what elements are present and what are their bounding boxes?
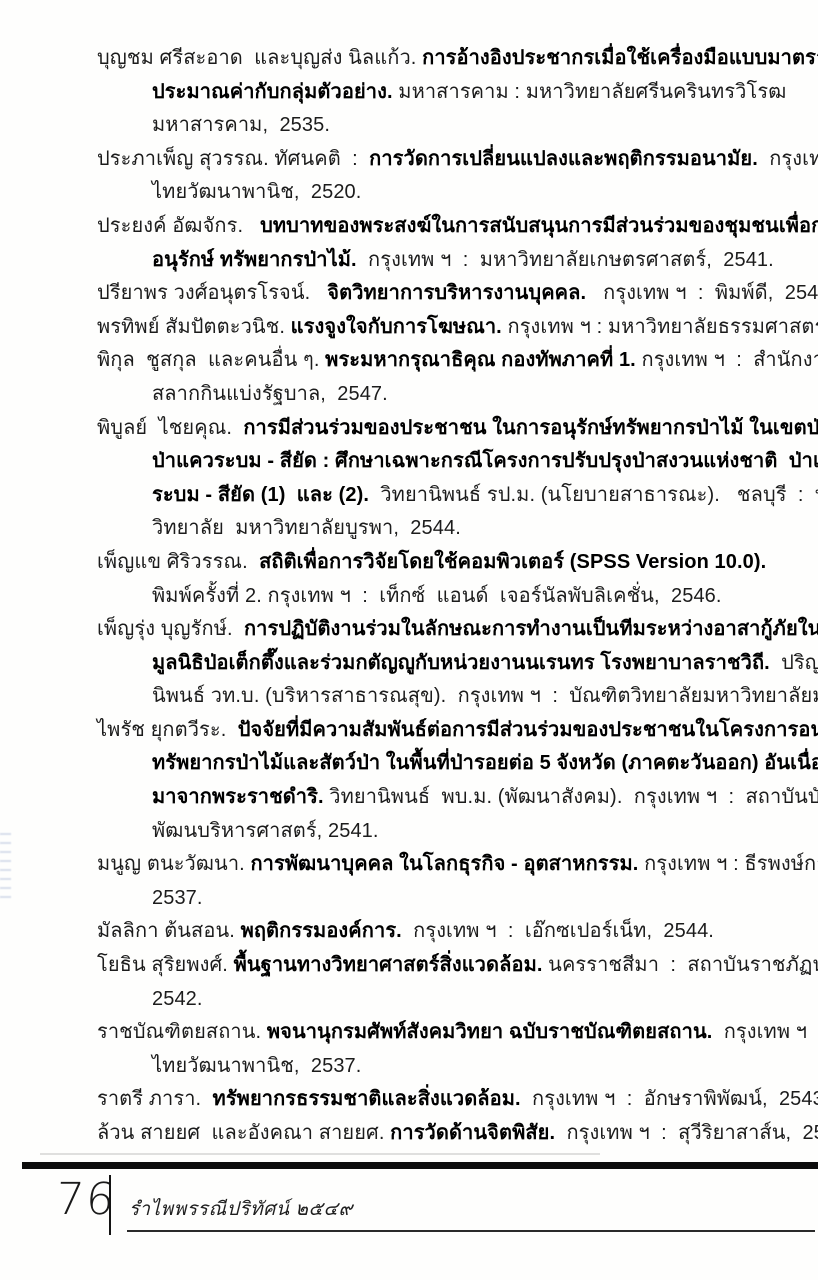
bib-title-text: ปัจจัยที่มีความสัมพันธ์ต่อการมีส่วนร่วมข… [238,719,818,741]
bib-title-text: บทบาทของพระสงฆ์ในการสนับสนุนการมีส่วนร่ว… [260,215,818,237]
bib-line: พิบูลย์ ไชยคุณ. การมีส่วนร่วมของประชาชน … [97,412,789,446]
bib-title-text: การวัดการเปลี่ยนแปลงและพฤติกรรมอนามัย. [369,148,769,170]
bib-plain-text: กรุงเทพ ฯ : ธีรพงษ์การพิมพ์, [644,853,818,875]
bib-line: ไทยวัฒนาพานิช, 2520. [97,176,789,210]
bib-plain-text: นครราชสีมา : สถาบันราชภัฏนครราชสีมา, [548,954,818,976]
bib-plain-text: กรุงเทพ ฯ : อักษราพิพัฒน์, 2543. [532,1088,818,1110]
bib-entry: ล้วน สายยศ และอังคณา สายยศ. การวัดด้านจิ… [97,1117,789,1151]
bib-line: สลากกินแบ่งรัฐบาล, 2547. [97,378,789,412]
bib-entry: มนูญ ตนะวัฒนา. การพัฒนาบุคคล ในโลกธุรกิจ… [97,848,789,915]
bib-title-text: ทรัพยากรป่าไม้และสัตว์ป่า ในพื้นที่ป่ารอ… [152,752,818,774]
bib-line: พิกุล ชูสกุล และคนอื่น ๆ. พระมหากรุณาธิค… [97,344,789,378]
bib-entry: พิบูลย์ ไชยคุณ. การมีส่วนร่วมของประชาชน … [97,412,789,546]
bib-plain-text: ไพรัช ยุกตวีระ. [97,719,238,741]
bib-line: ประมาณค่ากับกลุ่มตัวอย่าง. มหาสารคาม : ม… [97,76,789,110]
bib-line: พรทิพย์ สัมปัตตะวนิช. แรงจูงใจกับการโฆษณ… [97,311,789,345]
bib-plain-text: ประภาเพ็ญ สุวรรณ. ทัศนคติ : [97,148,369,170]
bib-title-text: การวัดด้านจิตพิสัย. [390,1122,566,1144]
bib-line: ประภาเพ็ญ สุวรรณ. ทัศนคติ : การวัดการเปล… [97,143,789,177]
bib-title-text: พื้นฐานทางวิทยาศาสตร์สิ่งแวดล้อม. [234,954,549,976]
bib-entry: พรทิพย์ สัมปัตตะวนิช. แรงจูงใจกับการโฆษณ… [97,311,789,345]
bib-entry: พิกุล ชูสกุล และคนอื่น ๆ. พระมหากรุณาธิค… [97,344,789,411]
bib-plain-text: กรุงเทพ ฯ : สำนักงาน [642,349,818,371]
bib-line: พัฒนบริหารศาสตร์, 2541. [97,815,789,849]
bib-plain-text: พรทิพย์ สัมปัตตะวนิช. [97,316,291,338]
bib-plain-text: บุญชม ศรีสะอาด และบุญส่ง นิลแก้ว. [97,47,422,69]
bib-entry: ประยงค์ อัฒจักร. บทบาทของพระสงฆ์ในการสนั… [97,210,789,277]
bib-plain-text: วิทยานิพนธ์ พบ.ม. (พัฒนาสังคม). กรุงเทพ … [329,786,818,808]
scan-shadow-line [40,1153,600,1155]
bib-line: มูลนิธิป่อเต็กตึ๊งและร่วมกตัญญูกับหน่วยง… [97,647,789,681]
bib-title-text: สถิติเพื่อการวิจัยโดยใช้คอมพิวเตอร์ (SPS… [259,551,766,573]
bib-line: เพ็ญแข ศิริวรรณ. สถิติเพื่อการวิจัยโดยใช… [97,546,789,580]
bib-title-text: ป่าแควระบม - สียัด : ศึกษาเฉพาะกรณีโครงก… [152,450,818,472]
bib-line: โยธิน สุริยพงศ์. พื้นฐานทางวิทยาศาสตร์สิ… [97,949,789,983]
bib-plain-text: เพ็ญรุ่ง บุญรักษ์. [97,618,244,640]
bib-plain-text: ล้วน สายยศ และอังคณา สายยศ. [97,1122,390,1144]
bib-plain-text: กรุงเทพ ฯ : สุวีริยาสาส์น, 2543. [566,1122,818,1144]
scanned-bibliography-page: บุญชม ศรีสะอาด และบุญส่ง นิลแก้ว. การอ้า… [0,0,818,1280]
bib-line: อนุรักษ์ ทรัพยากรป่าไม้. กรุงเทพ ฯ : มหา… [97,244,789,278]
bib-plain-text: ราชบัณฑิตยสถาน. [97,1021,267,1043]
bib-line: ไทยวัฒนาพานิช, 2537. [97,1050,789,1084]
bib-title-text: แรงจูงใจกับการโฆษณา. [291,316,508,338]
bib-plain-text: กรุงเทพ ฯ : มหาวิทยาลัยธรรมศาสตร์, 2546. [508,316,818,338]
bib-plain-text: กรุงเทพ ฯ : เอ๊กซเปอร์เน็ท, 2544. [413,920,714,942]
bib-line: มาจากพระราชดำริ. วิทยานิพนธ์ พบ.ม. (พัฒน… [97,781,789,815]
bib-title-text: พจนานุกรมศัพท์สังคมวิทยา ฉบับราชบัณฑิตยส… [267,1021,724,1043]
bib-title-text: การปฏิบัติงานร่วมในลักษณะการทำงานเป็นทีม… [244,618,818,640]
bib-plain-text: กรุงเทพ ฯ : [724,1021,818,1043]
bib-plain-text: นิพนธ์ วท.บ. (บริหารสาธารณสุข). กรุงเทพ … [152,685,818,707]
bib-plain-text: ไทยวัฒนาพานิช, 2537. [152,1055,361,1077]
footer-thin-underline [127,1230,815,1232]
bib-line: เพ็ญรุ่ง บุญรักษ์. การปฏิบัติงานร่วมในลั… [97,613,789,647]
bib-plain-text: วิทยานิพนธ์ รป.ม. (นโยบายสาธารณะ). ชลบุร… [380,484,818,506]
bib-entry: มัลลิกา ต้นสอน. พฤติกรรมองค์การ. กรุงเทพ… [97,915,789,949]
bib-plain-text: ปรียาพร วงศ์อนุตรโรจน์. [97,282,327,304]
ink-bleed-artifact [0,833,11,899]
bib-plain-text: มัลลิกา ต้นสอน. [97,920,241,942]
bib-plain-text: สลากกินแบ่งรัฐบาล, 2547. [152,383,388,405]
bib-line: นิพนธ์ วท.บ. (บริหารสาธารณสุข). กรุงเทพ … [97,680,789,714]
bib-line: ป่าแควระบม - สียัด : ศึกษาเฉพาะกรณีโครงก… [97,445,789,479]
bib-plain-text: โยธิน สุริยพงศ์. [97,954,234,976]
journal-title: รำไพพรรณีปริทัศน์ ๒๕๔๙ [129,1197,353,1223]
bib-plain-text: ไทยวัฒนาพานิช, 2520. [152,181,361,203]
bib-entry: เพ็ญรุ่ง บุญรักษ์. การปฏิบัติงานร่วมในลั… [97,613,789,714]
bib-title-text: พฤติกรรมองค์การ. [241,920,414,942]
bib-line: ปรียาพร วงศ์อนุตรโรจน์. จิตวิทยาการบริหา… [97,277,789,311]
bib-title-text: ประมาณค่ากับกลุ่มตัวอย่าง. [152,81,398,103]
bib-plain-text: มหาสารคาม : มหาวิทยาลัยศรีนครินทรวิโรฒ [398,81,786,103]
bib-entry: ประภาเพ็ญ สุวรรณ. ทัศนคติ : การวัดการเปล… [97,143,789,210]
bib-title-text: การมีส่วนร่วมของประชาชน ในการอนุรักษ์ทรั… [243,417,818,439]
bib-line: มนูญ ตนะวัฒนา. การพัฒนาบุคคล ในโลกธุรกิจ… [97,848,789,882]
bib-plain-text: กรุงเทพ ฯ : [769,148,818,170]
bib-entry: ไพรัช ยุกตวีระ. ปัจจัยที่มีความสัมพันธ์ต… [97,714,789,848]
bib-plain-text: พัฒนบริหารศาสตร์, 2541. [152,820,379,842]
bib-title-text: การอ้างอิงประชากรเมื่อใช้เครื่องมือแบบมา… [422,47,818,69]
bib-plain-text: ประยงค์ อัฒจักร. [97,215,260,237]
bib-line: 2542. [97,983,789,1017]
bib-plain-text: พิกุล ชูสกุล และคนอื่น ๆ. [97,349,325,371]
bib-line: ทรัพยากรป่าไม้และสัตว์ป่า ในพื้นที่ป่ารอ… [97,747,789,781]
bib-entry: ปรียาพร วงศ์อนุตรโรจน์. จิตวิทยาการบริหา… [97,277,789,311]
bib-line: มหาสารคาม, 2535. [97,109,789,143]
bib-title-text: อนุรักษ์ ทรัพยากรป่าไม้. [152,249,368,271]
bib-plain-text: กรุงเทพ ฯ : พิมพ์ดี, 2544. [603,282,818,304]
bib-plain-text: 2542. [152,988,203,1010]
bib-entry: บุญชม ศรีสะอาด และบุญส่ง นิลแก้ว. การอ้า… [97,42,789,143]
footer-thick-rule [22,1162,818,1169]
bib-line: ประยงค์ อัฒจักร. บทบาทของพระสงฆ์ในการสนั… [97,210,789,244]
bib-plain-text: ปริญญา [781,652,818,674]
bib-line: ไพรัช ยุกตวีระ. ปัจจัยที่มีความสัมพันธ์ต… [97,714,789,748]
bib-line: วิทยาลัย มหาวิทยาลัยบูรพา, 2544. [97,512,789,546]
bib-title-text: ทรัพยากรธรรมชาติและสิ่งแวดล้อม. [213,1088,532,1110]
bibliography-list: บุญชม ศรีสะอาด และบุญส่ง นิลแก้ว. การอ้า… [97,42,789,1151]
bib-line: ราชบัณฑิตยสถาน. พจนานุกรมศัพท์สังคมวิทยา… [97,1016,789,1050]
bib-line: พิมพ์ครั้งที่ 2. กรุงเทพ ฯ : เท็กซ์ แอนด… [97,580,789,614]
bib-entry: ราตรี ภารา. ทรัพยากรธรรมชาติและสิ่งแวดล้… [97,1083,789,1117]
bib-entry: โยธิน สุริยพงศ์. พื้นฐานทางวิทยาศาสตร์สิ… [97,949,789,1016]
bib-plain-text: พิบูลย์ ไชยคุณ. [97,417,243,439]
bib-title-text: พระมหากรุณาธิคุณ กองทัพภาคที่ 1. [325,349,641,371]
bib-entry: ราชบัณฑิตยสถาน. พจนานุกรมศัพท์สังคมวิทยา… [97,1016,789,1083]
bib-plain-text: 2537. [152,887,203,909]
bib-title-text: จิตวิทยาการบริหารงานบุคคล. [327,282,603,304]
bib-plain-text: พิมพ์ครั้งที่ 2. กรุงเทพ ฯ : เท็กซ์ แอนด… [152,585,722,607]
bib-line: ราตรี ภารา. ทรัพยากรธรรมชาติและสิ่งแวดล้… [97,1083,789,1117]
bib-plain-text: กรุงเทพ ฯ : มหาวิทยาลัยเกษตรศาสตร์, 2541… [368,249,774,271]
bib-title-text: มาจากพระราชดำริ. [152,786,329,808]
bib-plain-text: เพ็ญแข ศิริวรรณ. [97,551,259,573]
bib-line: บุญชม ศรีสะอาด และบุญส่ง นิลแก้ว. การอ้า… [97,42,789,76]
bib-line: มัลลิกา ต้นสอน. พฤติกรรมองค์การ. กรุงเทพ… [97,915,789,949]
bib-title-text: การพัฒนาบุคคล ในโลกธุรกิจ - อุตสาหกรรม. [250,853,644,875]
bib-title-text: ระบม - สียัด (1) และ (2). [152,484,380,506]
bib-entry: เพ็ญแข ศิริวรรณ. สถิติเพื่อการวิจัยโดยใช… [97,546,789,613]
bib-title-text: มูลนิธิป่อเต็กตึ๊งและร่วมกตัญญูกับหน่วยง… [152,652,781,674]
bib-plain-text: วิทยาลัย มหาวิทยาลัยบูรพา, 2544. [152,517,461,539]
bib-plain-text: มหาสารคาม, 2535. [152,114,330,136]
bib-line: ระบม - สียัด (1) และ (2). วิทยานิพนธ์ รป… [97,479,789,513]
bib-line: 2537. [97,882,789,916]
bib-plain-text: มนูญ ตนะวัฒนา. [97,853,250,875]
bib-line: ล้วน สายยศ และอังคณา สายยศ. การวัดด้านจิ… [97,1117,789,1151]
footer-divider-line [109,1175,111,1235]
bib-plain-text: ราตรี ภารา. [97,1088,213,1110]
